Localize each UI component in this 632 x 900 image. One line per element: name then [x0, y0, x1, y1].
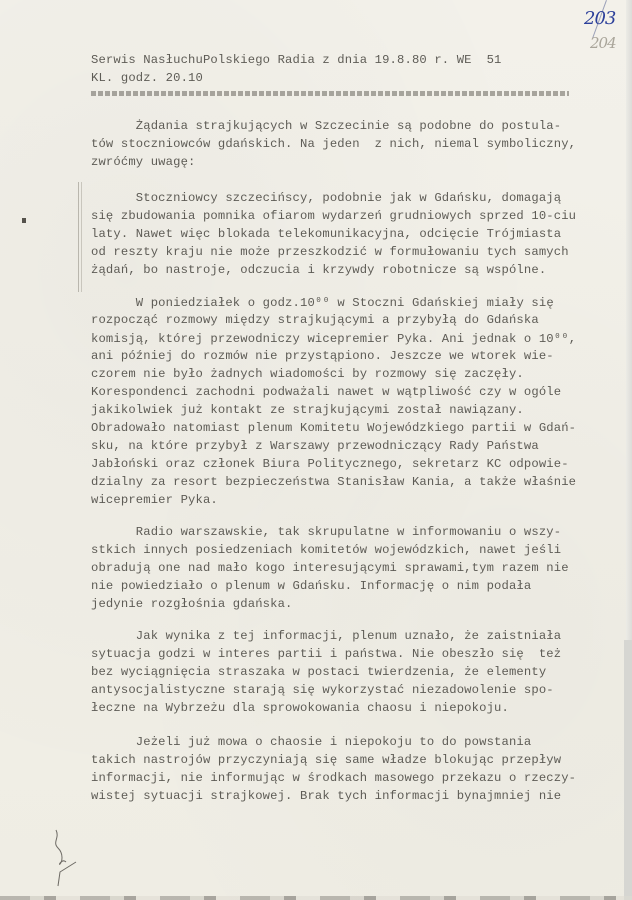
body-line: wicepremier Pyka.: [91, 493, 218, 507]
body-line: sku, na które przybył z Warszawy przewod…: [91, 439, 539, 453]
margin-dot-mark: [22, 218, 26, 223]
header-line-source: Serwis NasłuchuPolskiego Radia z dnia 19…: [91, 53, 502, 67]
body-line: komisją, której przewodniczy wicepremier…: [91, 331, 576, 346]
body-line: takich nastrojów przyczyniają się same w…: [91, 753, 561, 767]
body-line: zwróćmy uwagę:: [91, 155, 196, 169]
body-line: jedynie rozgłośnia gdańska.: [91, 597, 293, 611]
body-line: Obradowało natomiast plenum Komitetu Woj…: [91, 421, 576, 435]
body-line: stkich innych posiedzeniach komitetów wo…: [91, 543, 561, 557]
body-line: W poniedziałek o godz.10⁰⁰ w Stoczni Gda…: [91, 295, 554, 310]
body-line: ani później do rozmów nie przystąpiono. …: [91, 349, 554, 363]
body-line: sytuacja godzi w interes partii i państw…: [91, 647, 561, 661]
margin-bracket-mark: [78, 182, 82, 292]
body-line: nie powiedziało o plenum w Gdańsku. Info…: [91, 579, 531, 593]
body-line: obradują one nad mało kogo interesującym…: [91, 561, 569, 575]
body-line: Jeżeli już mowa o chaosie i niepokoju to…: [91, 735, 531, 749]
body-line: bez wyciągnięcia straszaka w postaci twi…: [91, 665, 546, 679]
body-line: tów stoczniowców gdańskich. Na jeden z n…: [91, 137, 576, 151]
header-line-time: KL. godz. 20.10: [91, 71, 203, 85]
dashed-separator: [91, 91, 569, 96]
body-line: informacji, nie informując w środkach ma…: [91, 771, 576, 785]
body-line: rozpocząć rozmowy między strajkującymi a…: [91, 313, 539, 327]
body-line: żądań, bo nastroje, odczucia i krzywdy r…: [91, 263, 546, 277]
body-line: Korespondenci zachodni podważali nawet w…: [91, 385, 561, 399]
body-line: laty. Nawet więc blokada telekomunikacyj…: [91, 227, 561, 241]
body-line: Stoczniowcy szczecińscy, podobnie jak w …: [91, 191, 561, 205]
body-line: antysocjalistyczne starają się wykorzyst…: [91, 683, 554, 697]
scan-bottom-edge: [0, 896, 632, 900]
body-line: dzialny za resort bezpieczeństwa Stanisł…: [91, 475, 576, 489]
body-line: łeczne na Wybrzeżu dla sprowokowania cha…: [91, 701, 509, 715]
scan-edge-shadow: [624, 640, 632, 900]
body-line: Żądania strajkujących w Szczecinie są po…: [91, 119, 561, 133]
body-line: Jak wynika z tej informacji, plenum uzna…: [91, 629, 561, 643]
body-line: wistej sytuacji strajkowej. Brak tych in…: [91, 789, 561, 803]
body-line: się zbudowania pomnika ofiarom wydarzeń …: [91, 209, 576, 223]
body-line: Radio warszawskie, tak skrupulatne w inf…: [91, 525, 561, 539]
body-line: jakikolwiek już kontakt ze strajkującymi…: [91, 403, 524, 417]
body-line: od reszty kraju nie może przeszkodzić w …: [91, 245, 569, 259]
body-line: Jabłoński oraz członek Biura Polityczneg…: [91, 457, 569, 471]
body-line: czorem nie było żadnych wiadomości by ro…: [91, 367, 524, 381]
scanned-document-page: 203 204 Serwis NasłuchuPolskiego Radia z…: [0, 0, 632, 900]
typewritten-text: Serwis NasłuchuPolskiego Radia z dnia 19…: [91, 0, 611, 98]
pencil-scribble-mark: [48, 828, 88, 888]
